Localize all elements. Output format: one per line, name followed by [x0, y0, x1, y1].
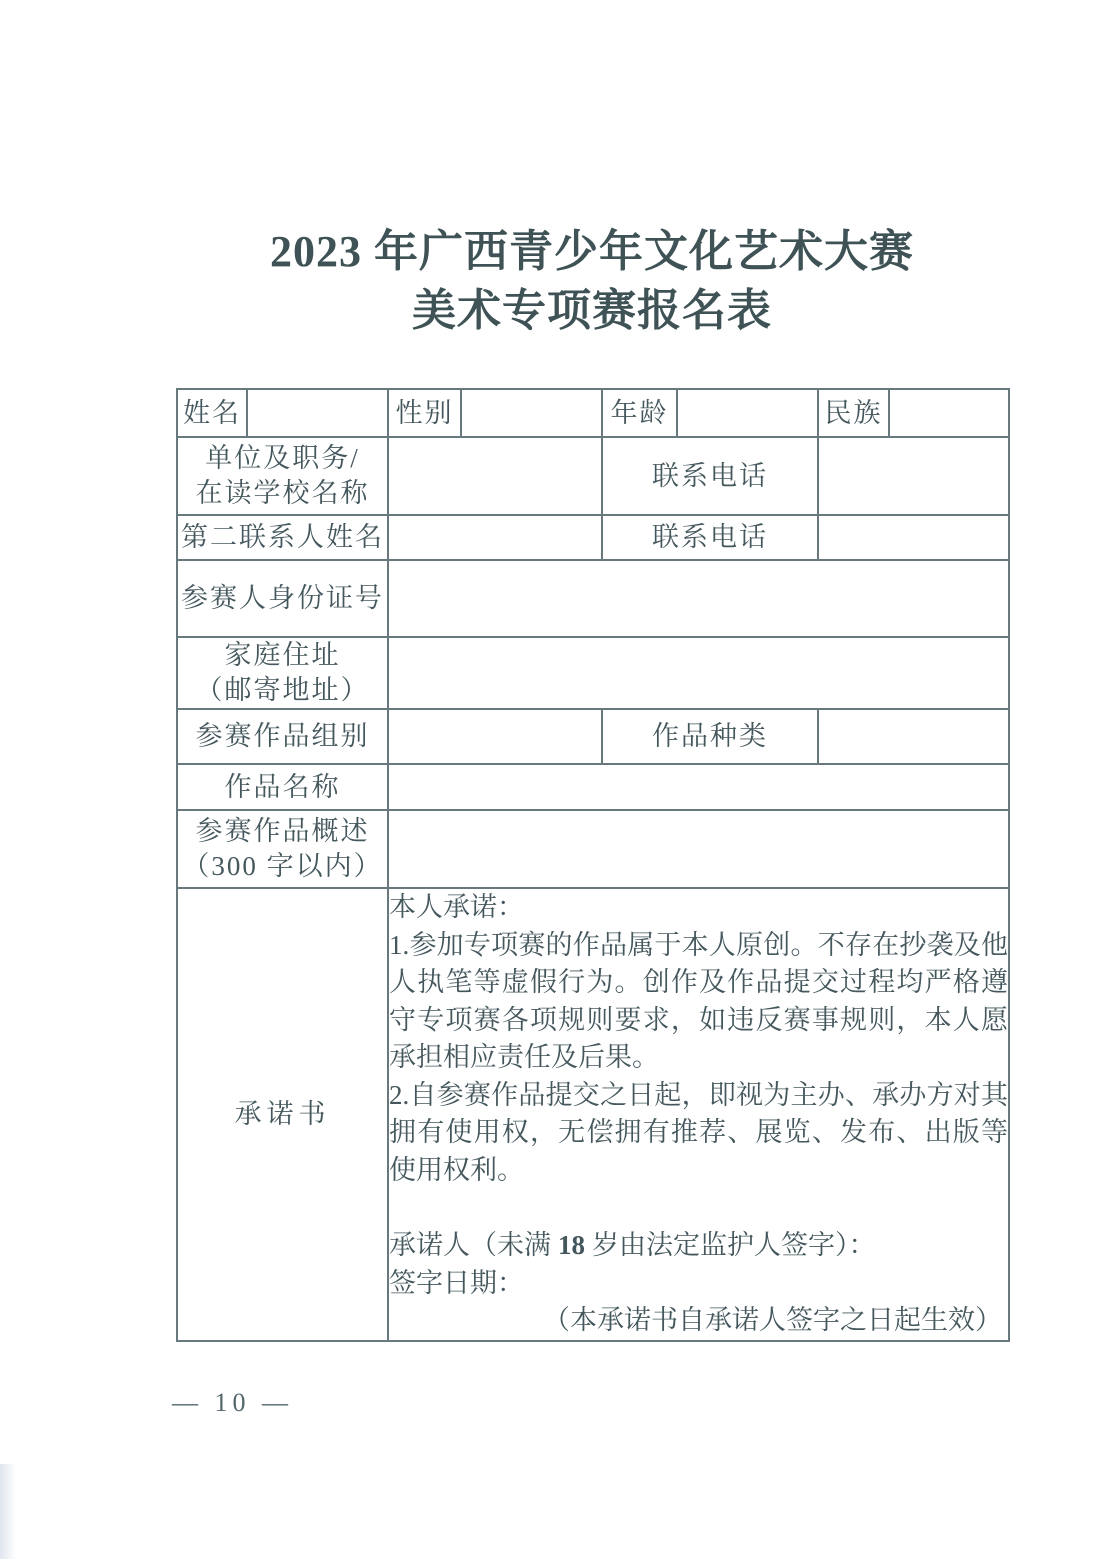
registration-form-table: 姓名 性别 年龄 民族 单位及职务/ 在读学校名称 联系电话 第二联系人姓名 联… — [176, 388, 1010, 1342]
second-contact-label: 第二联系人姓名 — [177, 515, 388, 560]
row-home-address: 家庭住址 （邮寄地址） — [177, 637, 1009, 709]
row-basic-info: 姓名 性别 年龄 民族 — [177, 389, 1009, 437]
second-contact-phone-label: 联系电话 — [602, 515, 818, 560]
promise-clause-1: 1.参加专项赛的作品属于本人原创。不存在抄袭及他人执笔等虚假行为。创作及作品提交… — [389, 927, 1008, 1077]
age-value-cell — [677, 389, 818, 437]
home-address-label-line2: （邮寄地址） — [178, 673, 387, 708]
page-title-line1: 2023 年广西青少年文化艺术大赛 — [176, 222, 1008, 281]
work-summary-label: 参赛作品概述 （300 字以内） — [177, 810, 388, 888]
page-number: — 10 — — [172, 1388, 293, 1418]
scan-edge-artifact — [0, 1464, 16, 1559]
row-second-contact: 第二联系人姓名 联系电话 — [177, 515, 1009, 560]
row-unit-school: 单位及职务/ 在读学校名称 联系电话 — [177, 437, 1009, 515]
work-title-label: 作品名称 — [177, 764, 388, 810]
gender-label: 性别 — [388, 389, 461, 437]
promise-heading: 本人承诺： — [389, 889, 1008, 927]
ethnicity-label: 民族 — [818, 389, 889, 437]
promise-signer-line: 承诺人（未满18岁由法定监护人签字）： — [389, 1227, 1008, 1265]
second-contact-value-cell — [388, 515, 602, 560]
entry-group-label: 参赛作品组别 — [177, 709, 388, 764]
page-title-line2: 美术专项赛报名表 — [176, 281, 1008, 340]
promise-blank-line — [389, 1189, 1008, 1227]
promise-signer-suffix: 岁由法定监护人签字）： — [592, 1230, 876, 1260]
promise-signer-prefix: 承诺人（未满 — [389, 1230, 551, 1260]
home-address-label-line1: 家庭住址 — [178, 638, 387, 673]
row-entry-group: 参赛作品组别 作品种类 — [177, 709, 1009, 764]
promise-content-cell: 本人承诺： 1.参加专项赛的作品属于本人原创。不存在抄袭及他人执笔等虚假行为。创… — [388, 888, 1009, 1341]
work-summary-value-cell — [388, 810, 1009, 888]
unit-school-label: 单位及职务/ 在读学校名称 — [177, 437, 388, 515]
name-value-cell — [247, 389, 388, 437]
unit-phone-label: 联系电话 — [602, 437, 818, 515]
row-work-title: 作品名称 — [177, 764, 1009, 810]
unit-school-label-line2: 在读学校名称 — [178, 476, 387, 511]
promise-sign-date-line: 签字日期： — [389, 1265, 1008, 1303]
row-promise: 承诺书 本人承诺： 1.参加专项赛的作品属于本人原创。不存在抄袭及他人执笔等虚假… — [177, 888, 1009, 1341]
unit-school-value-cell — [388, 437, 602, 515]
second-contact-phone-value-cell — [818, 515, 1009, 560]
work-summary-label-line1: 参赛作品概述 — [178, 814, 387, 849]
unit-school-label-line1: 单位及职务/ — [178, 441, 387, 476]
row-id-number: 参赛人身份证号 — [177, 560, 1009, 637]
row-work-summary: 参赛作品概述 （300 字以内） — [177, 810, 1009, 888]
home-address-value-cell — [388, 637, 1009, 709]
age-label: 年龄 — [602, 389, 677, 437]
promise-label: 承诺书 — [177, 888, 388, 1341]
promise-signer-age-number: 18 — [558, 1230, 585, 1260]
ethnicity-value-cell — [889, 389, 1009, 437]
id-number-label: 参赛人身份证号 — [177, 560, 388, 637]
page-title: 2023 年广西青少年文化艺术大赛 美术专项赛报名表 — [176, 222, 1008, 340]
work-type-value-cell — [818, 709, 1009, 764]
promise-clause-2: 2.自参赛作品提交之日起，即视为主办、承办方对其拥有使用权，无偿拥有推荐、展览、… — [389, 1077, 1008, 1190]
unit-phone-value-cell — [818, 437, 1009, 515]
work-type-label: 作品种类 — [602, 709, 818, 764]
name-label: 姓名 — [177, 389, 247, 437]
gender-value-cell — [461, 389, 602, 437]
work-summary-label-line2: （300 字以内） — [178, 849, 387, 884]
work-title-value-cell — [388, 764, 1009, 810]
home-address-label: 家庭住址 （邮寄地址） — [177, 637, 388, 709]
promise-effective-note: （本承诺书自承诺人签字之日起生效） — [389, 1302, 1008, 1340]
entry-group-value-cell — [388, 709, 602, 764]
id-number-value-cell — [388, 560, 1009, 637]
